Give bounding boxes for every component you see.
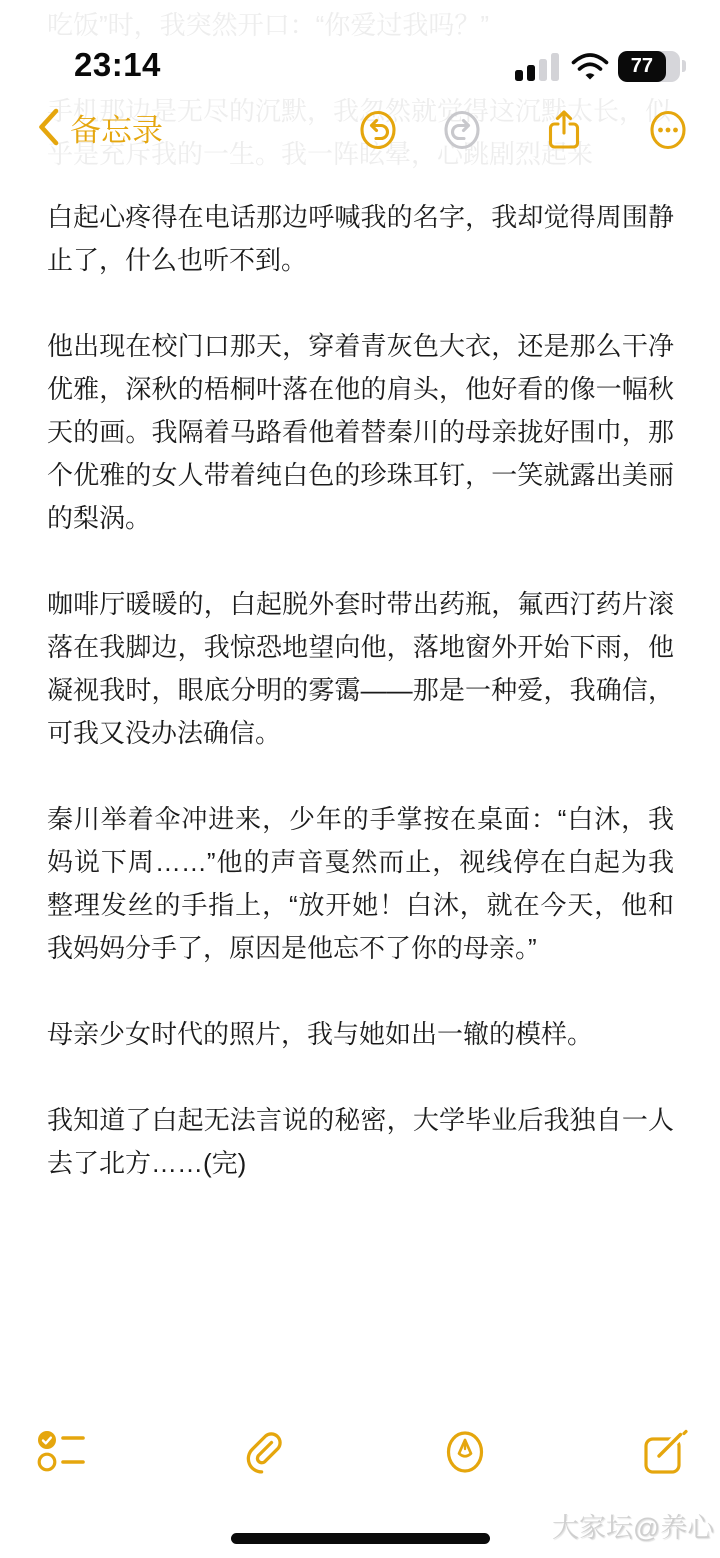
undo-icon bbox=[358, 108, 398, 152]
notes-app-screen: { "colors": { "accent": "#E5A60D", "disa… bbox=[0, 0, 720, 1558]
markup-pen-icon bbox=[442, 1428, 488, 1476]
note-body[interactable]: 白起心疼得在电话那边呼喊我的名字，我却觉得周围静止了，什么也听不到。他出现在校门… bbox=[47, 196, 674, 1228]
watermark: 大家坛@养心 bbox=[552, 1506, 714, 1545]
chevron-left-icon bbox=[36, 107, 60, 147]
redo-button[interactable] bbox=[442, 108, 482, 152]
status-bar-right: 77 bbox=[514, 50, 686, 82]
battery-nub bbox=[682, 60, 686, 72]
more-button[interactable] bbox=[648, 108, 688, 152]
battery-indicator: 77 bbox=[618, 51, 686, 82]
attachment-button[interactable] bbox=[240, 1428, 286, 1476]
back-button[interactable]: 备忘录 bbox=[36, 104, 163, 150]
note-paragraph: 他出现在校门口那天，穿着青灰色大衣，还是那么干净优雅，深秋的梧桐叶落在他的肩头，… bbox=[47, 325, 674, 540]
undo-button[interactable] bbox=[358, 108, 398, 152]
paperclip-icon bbox=[240, 1428, 286, 1476]
more-ellipsis-icon bbox=[648, 108, 688, 152]
checklist-icon bbox=[36, 1428, 86, 1474]
cellular-signal-icon bbox=[514, 50, 562, 82]
wifi-icon bbox=[571, 50, 609, 82]
scrolled-text-line-1: 吃饭”时，我突然开口：“你爱过我吗？” bbox=[47, 4, 687, 47]
note-paragraph: 秦川举着伞冲进来，少年的手掌按在桌面：“白沐，我妈说下周……”他的声音戛然而止，… bbox=[47, 798, 674, 970]
back-button-label: 备忘录 bbox=[70, 105, 163, 150]
share-button[interactable] bbox=[546, 108, 586, 152]
compose-icon bbox=[642, 1428, 690, 1476]
battery-fill: 77 bbox=[618, 51, 666, 82]
checklist-button[interactable] bbox=[36, 1428, 86, 1474]
note-paragraph: 白起心疼得在电话那边呼喊我的名字，我却觉得周围静止了，什么也听不到。 bbox=[47, 196, 674, 282]
home-indicator[interactable] bbox=[231, 1533, 490, 1544]
note-paragraph: 母亲少女时代的照片，我与她如出一辙的模样。 bbox=[47, 1013, 674, 1056]
share-icon bbox=[546, 108, 586, 152]
compose-button[interactable] bbox=[642, 1428, 690, 1476]
note-paragraph: 我知道了白起无法言说的秘密，大学毕业后我独自一人去了北方……(完) bbox=[47, 1099, 674, 1185]
note-paragraph: 咖啡厅暖暖的，白起脱外套时带出药瓶，氟西汀药片滚落在我脚边，我惊恐地望向他，落地… bbox=[47, 583, 674, 755]
status-time: 23:14 bbox=[74, 46, 161, 84]
markup-button[interactable] bbox=[442, 1428, 488, 1476]
redo-icon bbox=[442, 108, 482, 152]
